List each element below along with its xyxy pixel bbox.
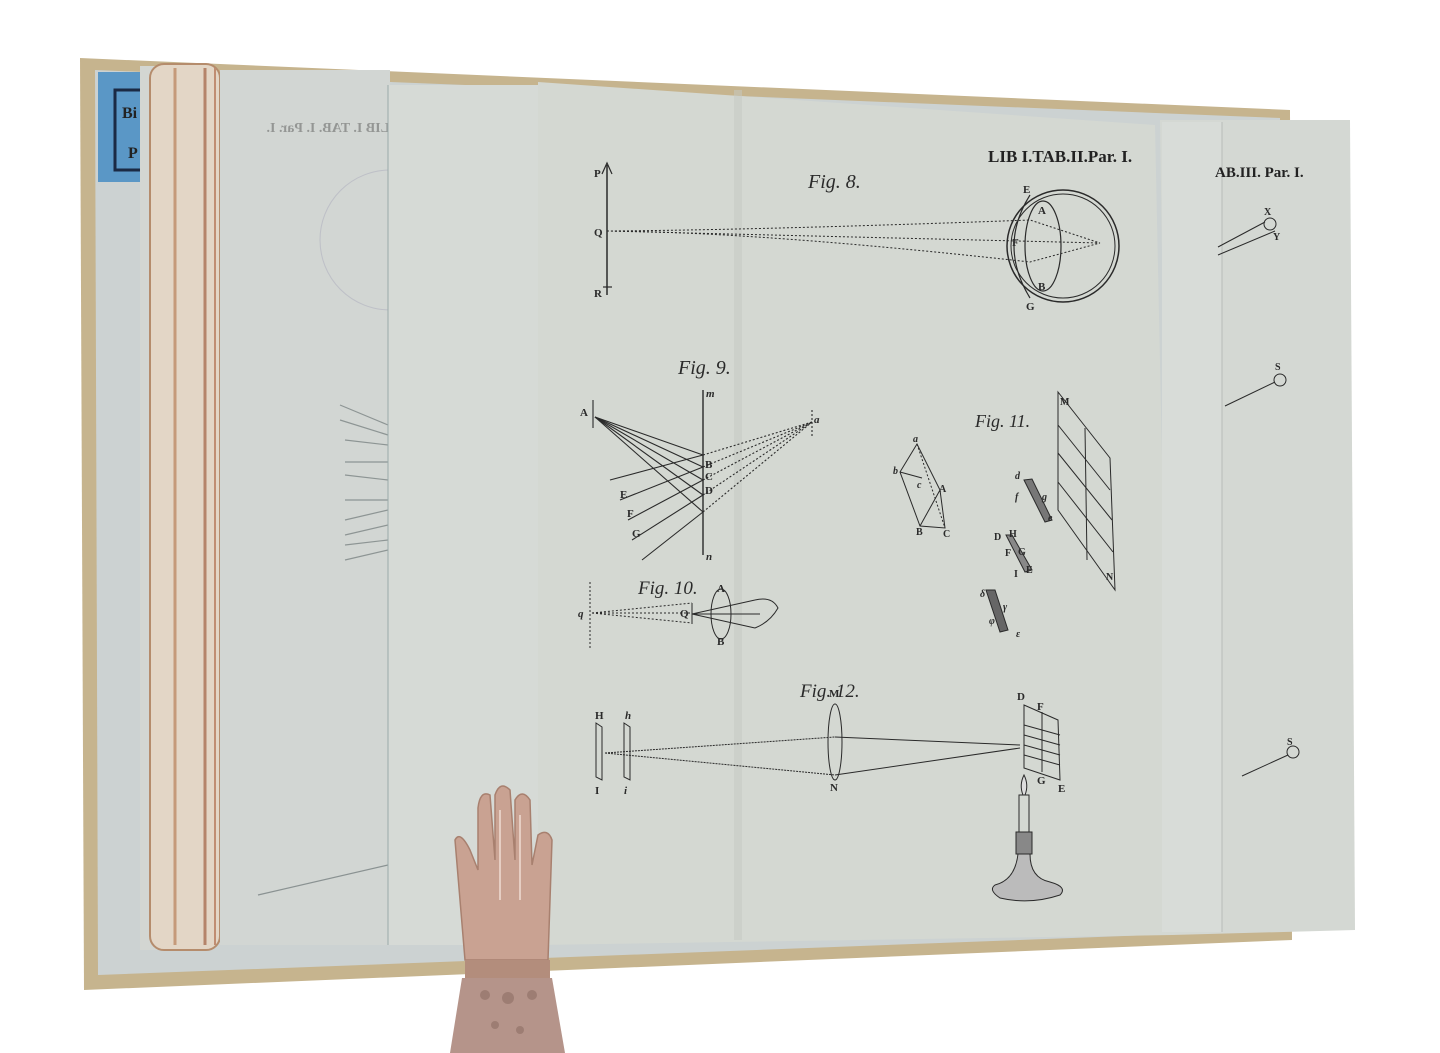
plate-header: LIB I.TAB.II.Par. I. [988, 147, 1132, 166]
svg-text:D: D [705, 485, 713, 497]
svg-text:C: C [705, 471, 713, 483]
svg-text:m: m [706, 388, 715, 400]
svg-text:M: M [1060, 397, 1070, 408]
svg-text:Y: Y [1273, 232, 1281, 243]
spine-label-line1: Bi [122, 105, 138, 122]
svg-text:G: G [1037, 775, 1046, 787]
fig9-title: Fig. 9. [677, 357, 731, 379]
fig10-title: Fig. 10. [637, 578, 698, 599]
svg-text:Q: Q [680, 608, 689, 620]
svg-text:A: A [939, 484, 947, 495]
svg-text:F: F [1005, 548, 1011, 559]
svg-text:F: F [1037, 701, 1044, 713]
svg-text:B: B [705, 459, 713, 471]
book-photo: Bi P LIB I. TAB. I. Par. I. LIB I.TAB.II… [0, 0, 1440, 1053]
svg-text:b: b [893, 466, 898, 477]
svg-text:N: N [1106, 572, 1114, 583]
svg-text:E: E [1058, 783, 1065, 795]
main-plate: LIB I.TAB.II.Par. I. Fig. 8. PQR EAF BG … [538, 82, 1172, 945]
svg-text:D: D [994, 532, 1001, 543]
svg-text:N: N [830, 782, 838, 794]
svg-text:G: G [1026, 301, 1035, 313]
svg-text:P: P [594, 168, 601, 180]
svg-text:X: X [1264, 207, 1272, 218]
right-plate: AB.III. Par. I. XY SS [1160, 120, 1355, 935]
svg-text:G: G [632, 528, 641, 540]
svg-text:H: H [1009, 529, 1017, 540]
svg-text:a: a [814, 414, 820, 426]
svg-text:δ: δ [980, 589, 985, 600]
svg-text:e: e [1048, 513, 1053, 524]
svg-text:I: I [1014, 569, 1018, 580]
right-plate-header: AB.III. Par. I. [1215, 165, 1304, 181]
svg-text:A: A [1038, 205, 1046, 217]
svg-text:I: I [595, 785, 599, 797]
svg-text:B: B [1038, 281, 1046, 293]
svg-text:H: H [595, 710, 604, 722]
svg-text:q: q [578, 608, 584, 620]
svg-text:φ: φ [989, 616, 995, 627]
svg-text:n: n [706, 551, 712, 563]
svg-text:A: A [717, 583, 725, 595]
svg-text:B: B [916, 527, 923, 538]
spine-label: Bi P [98, 72, 146, 182]
svg-text:F: F [627, 508, 634, 520]
svg-text:B: B [717, 636, 725, 648]
svg-text:E: E [1026, 565, 1033, 576]
mirrored-header: LIB I. TAB. I. Par. I. [267, 121, 390, 136]
page-block [140, 64, 220, 950]
svg-text:E: E [620, 489, 627, 501]
spine-label-line2: P [128, 145, 138, 162]
svg-text:D: D [1017, 691, 1025, 703]
svg-text:F: F [1012, 237, 1019, 249]
svg-text:E: E [1023, 184, 1030, 196]
svg-text:C: C [943, 529, 950, 540]
svg-text:Q: Q [594, 227, 603, 239]
svg-text:g: g [1041, 492, 1047, 503]
svg-text:S: S [1275, 362, 1281, 373]
svg-text:h: h [625, 710, 631, 722]
svg-text:S: S [1287, 737, 1293, 748]
fig8-title: Fig. 8. [807, 171, 861, 193]
svg-text:A: A [580, 407, 588, 419]
svg-text:a: a [913, 434, 918, 445]
svg-text:M: M [829, 688, 840, 700]
fig11-title: Fig. 11. [974, 411, 1030, 431]
svg-text:R: R [594, 288, 603, 300]
svg-text:G: G [1018, 547, 1026, 558]
svg-text:c: c [917, 480, 922, 491]
